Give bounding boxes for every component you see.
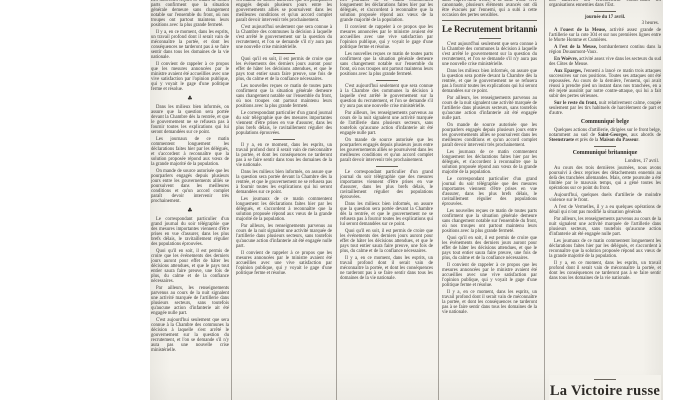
official-paragraph: A l'est de la Meuse, bombardement contin…: [549, 45, 661, 55]
column-top-rule: [442, 20, 537, 21]
body-paragraph: Il convient de rappeler à ce propos que …: [236, 251, 332, 276]
column-2: On mande de source autorisée que les pou…: [236, 0, 332, 400]
ornament-fleuron: ♣: [151, 206, 229, 215]
body-paragraph: Il convient de rappeler à ce propos que …: [442, 263, 537, 288]
official-lead: A l'ouest de la Meuse,: [554, 28, 610, 33]
communique-belge-text: Quelques actions d'artillerie, dirigées …: [549, 128, 661, 143]
body-paragraph: Les nouvelles reçues ce matin de toutes …: [151, 0, 229, 28]
column-4: dans l'après-midi d'hier, à la suite d'u…: [442, 0, 537, 400]
column-1: Les nouvelles reçues ce matin de toutes …: [151, 0, 229, 400]
headline-le-recrutement-britannique: Le Recrutement britannique: [442, 24, 537, 35]
body-paragraph: Il y a, en ce moment, dans les esprits, …: [549, 261, 661, 281]
column-5: nos batteries ont efficacement contre-ba…: [549, 0, 661, 400]
text-run: .: [638, 138, 639, 143]
separator: [376, 80, 398, 81]
column-rule: [231, 0, 232, 400]
body-paragraph: Les journaux de ce matin commentent long…: [151, 137, 229, 167]
body-paragraph: C'est aujourd'hui seulement que sera con…: [340, 84, 433, 109]
body-paragraph: Les journaux de ce matin commentent long…: [236, 197, 332, 222]
body-paragraph: Les journaux de ce matin commentent long…: [442, 150, 537, 175]
body-paragraph: Il convient de rappeler à ce propos que …: [340, 25, 433, 50]
official-lead: Aux Eparges,: [554, 69, 584, 74]
body-paragraph: Les nouvelles reçues ce matin de toutes …: [236, 84, 332, 109]
body-paragraph: Quoi qu'il en soit, il est permis de cro…: [151, 249, 229, 284]
body-paragraph: Le correspondant particulier d'un grand …: [340, 170, 433, 200]
body-paragraph: nos batteries ont efficacement contre-ba…: [549, 0, 661, 8]
body-paragraph: Quoi qu'il en soit, il est permis de cro…: [442, 236, 537, 261]
body-paragraph: C'est aujourd'hui seulement que sera con…: [442, 42, 537, 67]
body-paragraph: Par ailleurs, les renseignements parvenu…: [340, 111, 433, 136]
column-3: Les journaux de ce matin commentent long…: [340, 0, 433, 400]
body-paragraph: Quoi qu'il en soit, il est permis de cro…: [340, 229, 433, 254]
body-paragraph: Il y a, en ce moment, dans les esprits, …: [442, 290, 537, 315]
body-paragraph: Le correspondant particulier d'un grand …: [442, 177, 537, 207]
separator: [376, 166, 398, 167]
ornament-fleuron: ♣: [151, 94, 229, 103]
headline-la-victoire-russe: La Victoire russe: [549, 383, 661, 400]
newspaper-scan: Les nouvelles reçues ce matin de toutes …: [150, 0, 663, 400]
official-paragraph: Sur le reste du front, nuit relativement…: [549, 101, 661, 116]
official-paragraph: A l'ouest de la Meuse, activité assez gr…: [549, 28, 661, 43]
body-paragraph: Les nouvelles reçues ce matin de toutes …: [442, 209, 537, 234]
body-paragraph: On mande de source autorisée que les pou…: [236, 0, 332, 23]
column-rule: [438, 0, 439, 400]
body-paragraph: Le correspondant particulier d'un grand …: [151, 217, 229, 247]
body-paragraph: Par ailleurs, les renseignements parvenu…: [442, 96, 537, 121]
body-paragraph: Les journaux de ce matin commentent long…: [340, 0, 433, 23]
britannique-paragraph: Au cours des trois dernières journées, n…: [549, 166, 661, 191]
body-paragraph: dans l'après-midi d'hier, à la suite d'u…: [442, 0, 537, 18]
page-background: { "document": { "kind": "scanned-french-…: [0, 0, 700, 400]
communique-britannique-text: Au cours des trois dernières journées, n…: [549, 166, 661, 215]
separator: [594, 146, 616, 147]
official-lead: A l'est de la Meuse,: [554, 45, 599, 50]
body-paragraph: Les journaux de ce matin commentent long…: [549, 239, 661, 259]
official-paragraph: Aux Eparges, l'ennemi a lancé ce matin t…: [549, 69, 661, 99]
column-rule: [544, 0, 545, 400]
body-paragraph: Dans les milieux bien informés, on assur…: [151, 105, 229, 135]
britannique-paragraph: A l'est de Vermelles, il y a eu quelques…: [549, 205, 661, 215]
separator: [273, 139, 295, 140]
column-rule: [336, 0, 337, 400]
body-paragraph: On mande de source autorisée que les pou…: [151, 169, 229, 204]
body-paragraph: Il y a, en ce moment, dans les esprits, …: [151, 30, 229, 60]
separator: [273, 53, 295, 54]
body-paragraph: Dans les milieux bien informés, on assur…: [340, 202, 433, 227]
britannique-paragraph: Aujourd'hui, quelques duels d'artillerie…: [549, 193, 661, 203]
body-paragraph: Le correspondant particulier d'un grand …: [236, 111, 332, 136]
body-paragraph: Il convient de rappeler à ce propos que …: [151, 62, 229, 92]
official-lead: En Woëvre,: [554, 57, 579, 62]
body-paragraph: Il y a, en ce moment, dans les esprits, …: [236, 143, 332, 168]
bottom-headline-group: La Victoire russe: [549, 375, 661, 400]
body-paragraph: On mande de source autorisée que les pou…: [442, 123, 537, 148]
place-name-bold: Steenstraete: [549, 138, 574, 143]
body-paragraph: Il y a, en ce moment, dans les esprits, …: [340, 256, 433, 281]
body-paragraph: C'est aujourd'hui seulement que sera con…: [236, 25, 332, 50]
body-paragraph: Dans les milieux bien informés, on assur…: [442, 69, 537, 94]
body-paragraph: On mande de source autorisée que les pou…: [340, 138, 433, 163]
body-paragraph: Par ailleurs, les renseignements parvenu…: [151, 286, 229, 316]
subhead-communique-belge: Communiqué belge: [549, 119, 661, 126]
dateline-londres: Londres, 17 avril.: [549, 159, 659, 164]
text-run: et près de la: [574, 138, 599, 143]
separator: [479, 38, 501, 39]
official-lead: Sur le reste du front,: [554, 101, 599, 106]
body-paragraph: C'est aujourd'hui seulement que sera con…: [151, 318, 229, 353]
separator: [594, 379, 616, 380]
place-name-bold: Maison du Passeur: [600, 138, 639, 143]
body-paragraph: Quoi qu'il en soit, il est permis de cro…: [236, 57, 332, 82]
separator: [594, 11, 616, 12]
body-paragraph: Par ailleurs, les renseignements parvenu…: [549, 217, 661, 237]
dateline-heure: 3 heures.: [549, 21, 659, 26]
subhead-communique-britannique: Communiqué britannique: [549, 150, 661, 157]
official-communique: A l'ouest de la Meuse, activité assez gr…: [549, 28, 661, 116]
official-paragraph: En Woëvre, activité assez vive dans les …: [549, 57, 661, 67]
body-paragraph: Les nouvelles reçues ce matin de toutes …: [340, 52, 433, 77]
body-paragraph: Dans les milieux bien informés, on assur…: [236, 170, 332, 195]
body-paragraph: Par ailleurs, les renseignements parvenu…: [236, 224, 332, 249]
dateline-journee: journée du 17 avril.: [549, 15, 661, 20]
